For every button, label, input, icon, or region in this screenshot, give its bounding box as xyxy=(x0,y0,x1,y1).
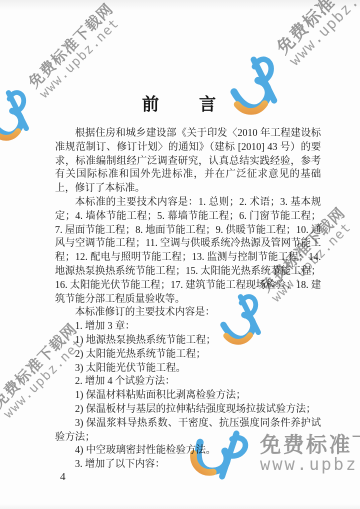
paragraph: 根据住房和城乡建设部《关于印发〈2010 年工程建设标准规范制订、修订计划〉的通… xyxy=(55,127,321,196)
watermark-text: 免费标准下载网 www.upbz.net xyxy=(27,1,127,101)
paragraph: 1) 地源热泵换热系统节能工程； xyxy=(55,334,321,348)
paragraph: 2) 太阳能光热系统节能工程； xyxy=(55,348,321,362)
paragraph: 3) 太阳能光伏节能工程。 xyxy=(55,362,321,376)
document-page: 免费标准下载网 www.upbz.net 免费标准下载网 www.upbz.ne… xyxy=(0,0,360,509)
paragraph: 本标准修订的主要技术内容是： xyxy=(55,306,321,320)
watermark-text: 免费标准下载网 www.upbz.net xyxy=(275,0,360,69)
paragraph: 1) 保温材料粘贴面积比剥离检验方法； xyxy=(55,389,321,403)
paragraph: 2) 保温板材与基层的拉伸粘结强度现场拉拔试验方法； xyxy=(55,403,321,417)
paragraph: 本标准的主要技术内容是：1. 总则；2. 术语；3. 基本规定；4. 墙体节能工… xyxy=(55,196,321,306)
page-number: 4 xyxy=(60,471,66,483)
paragraph: 3. 增加了以下内容： xyxy=(55,458,321,472)
watermark-site-name: 免费标准下载网 xyxy=(27,1,117,91)
body-text: 根据住房和城乡建设部《关于印发〈2010 年工程建设标准规范制订、修订计划〉的通… xyxy=(55,127,321,472)
paragraph: 4) 中空玻璃密封性能检验方法。 xyxy=(55,444,321,458)
paragraph: 2. 增加 4 个试验方法： xyxy=(55,375,321,389)
paragraph: 3) 保温浆料导热系数、干密度、抗压强度同条件养护试验方法； xyxy=(55,417,321,445)
paragraph: 1. 增加 3 章： xyxy=(55,320,321,334)
page-title: 前 言 xyxy=(0,90,360,115)
